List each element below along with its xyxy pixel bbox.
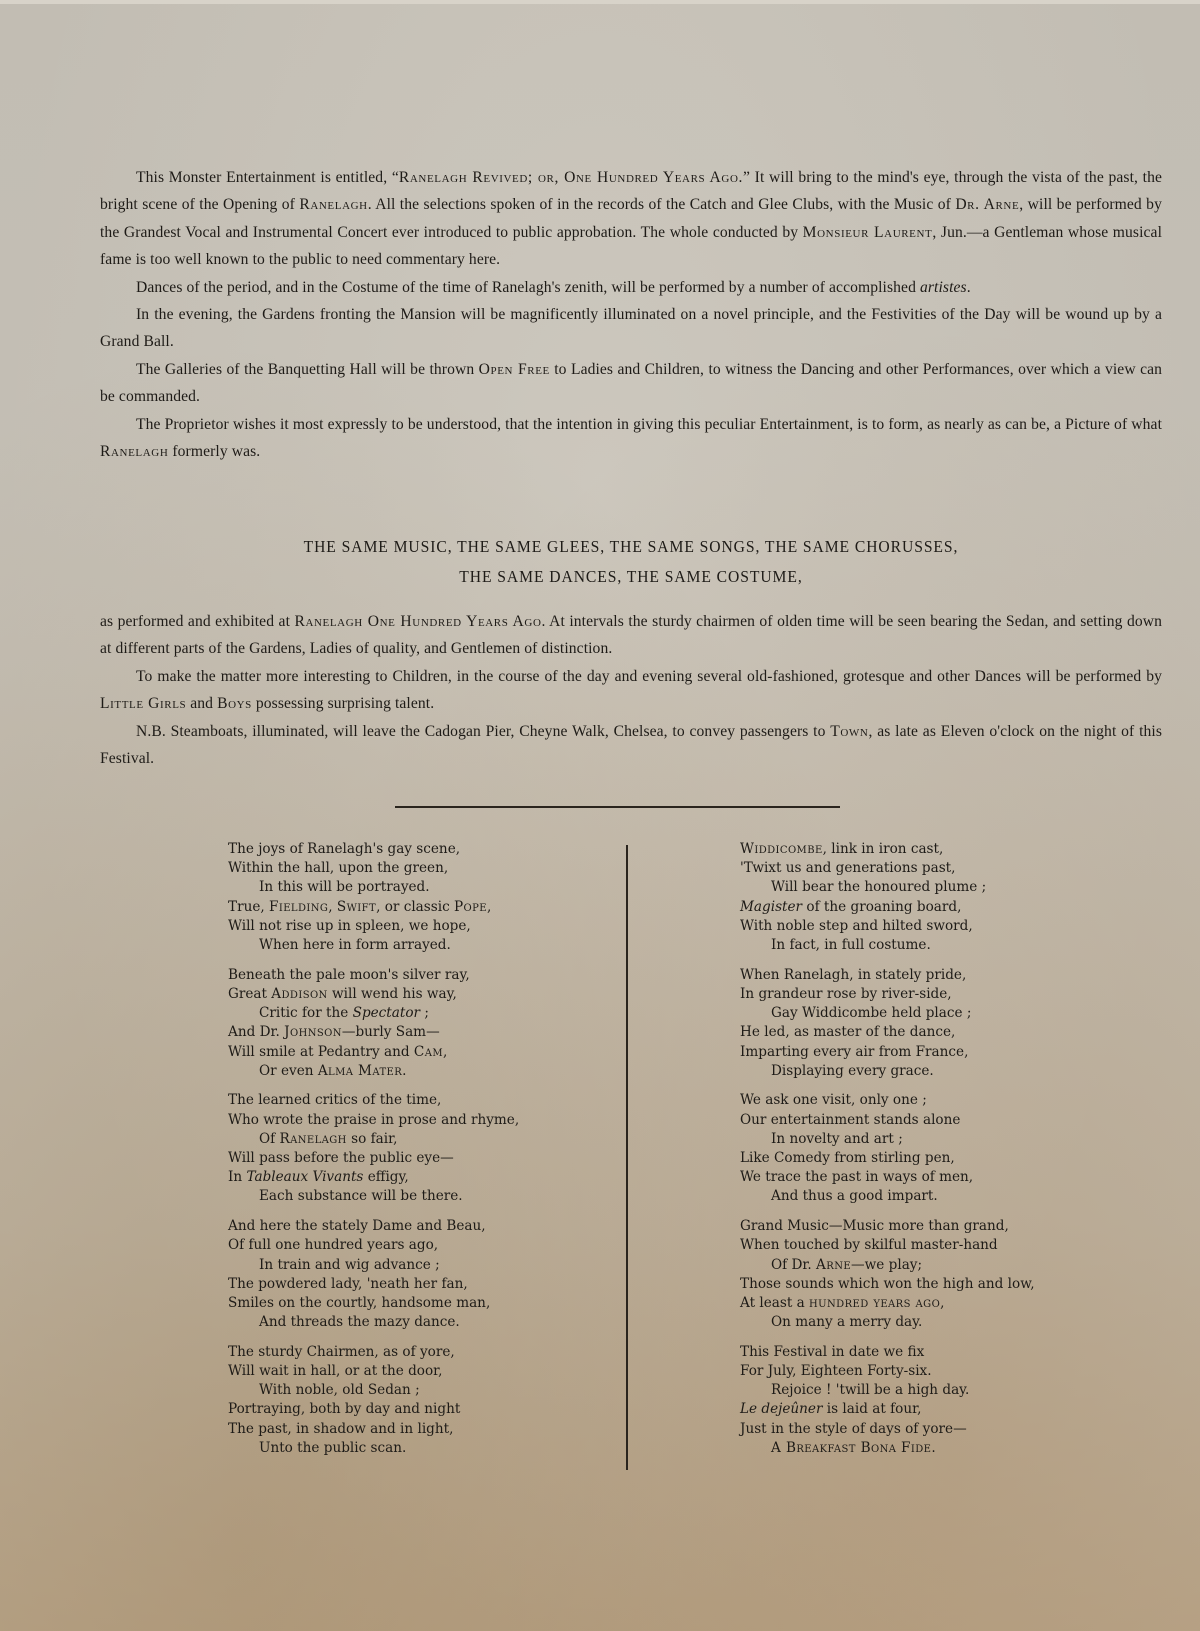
poem-line: 'Twixt us and generations past, [740,859,1100,878]
poem-line: In grandeur rose by river-side, [740,985,1100,1004]
text-run: Rejoice ! 'twill be a high day. [771,1382,969,1398]
poem-line: And here the stately Dame and Beau, [228,1217,588,1236]
text-run: In this will be portrayed. [259,879,430,895]
text-run: And Dr. [228,1024,284,1040]
text-run: Who wrote the praise in prose and rhyme, [228,1112,519,1128]
poem-line: Grand Music—Music more than grand, [740,1217,1100,1236]
paragraph: The Proprietor wishes it most expressly … [100,411,1162,466]
banner-line: THE SAME DANCES, THE SAME COSTUME, [142,562,1119,592]
italic-text: Magister [740,899,802,915]
small-caps-text: Little Girls [100,695,186,712]
text-run: At least a [740,1295,809,1311]
text-run: In grandeur rose by river-side, [740,986,952,1002]
text-run: When touched by skilful master-hand [740,1237,998,1253]
text-run: We ask one visit, only one ; [740,1092,927,1108]
text-run: Imparting every air from France, [740,1044,968,1060]
poem-line: Within the hall, upon the green, [228,859,588,878]
text-run: —we play; [851,1257,922,1273]
poem-line: The learned critics of the time, [228,1091,588,1110]
poem-line: When here in form arrayed. [228,936,588,955]
italic-text: Le dejeûner [740,1401,822,1417]
text-run: Like Comedy from stirling pen, [740,1150,955,1166]
text-run: , [487,899,491,915]
paragraph: Dances of the period, and in the Costume… [100,274,1162,301]
horizontal-rule [395,806,840,808]
poem-line: In novelty and art ; [740,1130,1100,1149]
text-run: Just in the style of days of yore— [740,1421,967,1437]
poem-stanza: The learned critics of the time,Who wrot… [228,1091,588,1206]
italic-text: artistes [920,279,967,296]
poem-line: The powdered lady, 'neath her fan, [228,1275,588,1294]
small-caps-text: Johnson [284,1024,342,1040]
small-caps-text: Widdicombe [740,841,823,857]
poem-line: Critic for the Spectator ; [228,1004,588,1023]
poem-line: Rejoice ! 'twill be a high day. [740,1381,1100,1400]
poem-line: With noble, old Sedan ; [228,1381,588,1400]
text-run: of the groaning board, [802,899,961,915]
text-run: . [967,279,971,296]
poem-line: Gay Widdicombe held place ; [740,1004,1100,1023]
poem-line: Will smile at Pedantry and Cam, [228,1043,588,1062]
text-run: is laid at four, [822,1401,921,1417]
poem-line: Just in the style of days of yore— [740,1420,1100,1439]
small-caps-text: Cam [414,1044,443,1060]
small-caps-text: Arne [816,1257,851,1273]
printed-broadside-page: This Monster Entertainment is entitled, … [0,0,1200,1631]
text-run: When here in form arrayed. [259,937,451,953]
text-run: In fact, in full costume. [771,937,931,953]
small-caps-text: Monsieur Laurent [803,224,933,241]
text-run: And threads the mazy dance. [259,1314,460,1330]
poem-line: At least a hundred years ago, [740,1294,1100,1313]
text-run: True, [228,899,269,915]
small-caps-text: Ranelagh [299,196,367,213]
text-run: On many a merry day. [771,1314,922,1330]
text-run: ; [420,1005,429,1021]
text-run: The past, in shadow and in light, [228,1421,453,1437]
text-run: effigy, [363,1169,408,1185]
text-run: In train and wig advance ; [259,1257,440,1273]
small-caps-text: Alma Mater [318,1063,402,1079]
poem-right-column: Widdicombe, link in iron cast,'Twixt us … [740,840,1100,1469]
text-run: He led, as master of the dance, [740,1024,955,1040]
text-run: Unto the public scan. [259,1440,406,1456]
text-run: In the evening, the Gardens fronting the… [100,306,1162,350]
poem-line: When Ranelagh, in stately pride, [740,966,1100,985]
text-run: When Ranelagh, in stately pride, [740,967,966,983]
closing-prose: as performed and exhibited at Ranelagh O… [100,608,1162,772]
poem-line: For July, Eighteen Forty-six. [740,1362,1100,1381]
poem-line: He led, as master of the dance, [740,1023,1100,1042]
small-caps-text: Ranelagh One Hundred Years Ago [294,613,541,630]
poem-line: And thus a good impart. [740,1187,1100,1206]
poem-line: Those sounds which won the high and low, [740,1275,1100,1294]
poem-line: Of full one hundred years ago, [228,1236,588,1255]
paper-top-edge [0,0,1200,4]
poem-line: Who wrote the praise in prose and rhyme, [228,1111,588,1130]
text-run: Will not rise up in spleen, we hope, [228,918,471,934]
same-music-banner: THE SAME MUSIC, THE SAME GLEES, THE SAME… [142,532,1119,592]
poem-line: Will not rise up in spleen, we hope, [228,917,588,936]
text-run: possessing surprising talent. [252,695,434,712]
text-run: The joys of Ranelagh's gay scene, [228,841,460,857]
text-run: —burly Sam— [342,1024,440,1040]
small-caps-text: Boys [217,695,252,712]
text-run: Will bear the honoured plume ; [771,879,986,895]
poem-line: Will wait in hall, or at the door, [228,1362,588,1381]
text-run: Grand Music—Music more than grand, [740,1218,1009,1234]
poem-line: Or even Alma Mater. [228,1062,588,1081]
poem-line: Great Addison will wend his way, [228,985,588,1004]
poem-line: In fact, in full costume. [740,936,1100,955]
text-run: And here the stately Dame and Beau, [228,1218,486,1234]
poem-line: In this will be portrayed. [228,878,588,897]
text-run: Displaying every grace. [771,1063,934,1079]
poem-line: Will bear the honoured plume ; [740,878,1100,897]
poem-line: Unto the public scan. [228,1439,588,1458]
poem-line: Smiles on the courtly, handsome man, [228,1294,588,1313]
poem-stanza: Grand Music—Music more than grand,When t… [740,1217,1100,1332]
italic-text: Tableaux Vivants [246,1169,363,1185]
poem-stanza: Widdicombe, link in iron cast,'Twixt us … [740,840,1100,955]
text-run: This Festival in date we fix [740,1344,924,1360]
small-caps-text: Ranelagh [100,443,168,460]
text-run: Or even [259,1063,318,1079]
text-run: Will wait in hall, or at the door, [228,1363,442,1379]
poem-line: This Festival in date we fix [740,1343,1100,1362]
poem-line: Imparting every air from France, [740,1043,1100,1062]
text-run: Great [228,986,271,1002]
small-caps-text: hundred years ago [809,1295,940,1311]
poem-line: Like Comedy from stirling pen, [740,1149,1100,1168]
poem-stanza: The joys of Ranelagh's gay scene,Within … [228,840,588,955]
text-run: and [186,695,217,712]
column-divider [626,845,628,1470]
poem-line: Magister of the groaning board, [740,898,1100,917]
poem-stanza: When Ranelagh, in stately pride,In grand… [740,966,1100,1081]
poem-stanza: This Festival in date we fixFor July, Ei… [740,1343,1100,1458]
poem-left-column: The joys of Ranelagh's gay scene,Within … [228,840,588,1469]
poem-line: Widdicombe, link in iron cast, [740,840,1100,859]
text-run: , [443,1044,447,1060]
small-caps-text: Ranelagh [280,1131,347,1147]
text-run: Of full one hundred years ago, [228,1237,438,1253]
poem-line: Beneath the pale moon's silver ray, [228,966,588,985]
poem-line: We ask one visit, only one ; [740,1091,1100,1110]
poem-line: Portraying, both by day and night [228,1400,588,1419]
text-run: With noble, old Sedan ; [259,1382,420,1398]
poem-line: The joys of Ranelagh's gay scene, [228,840,588,859]
poem-line: And Dr. Johnson—burly Sam— [228,1023,588,1042]
poem-line: With noble step and hilted sword, [740,917,1100,936]
text-run: . [402,1063,406,1079]
poem-line: Each substance will be there. [228,1187,588,1206]
text-run: For July, Eighteen Forty-six. [740,1363,932,1379]
text-run: N.B. Steamboats, illuminated, will leave… [136,723,830,740]
poem-line: True, Fielding, Swift, or classic Pope, [228,898,588,917]
text-run: The Galleries of the Banquetting Hall wi… [136,361,479,378]
text-run: Dances of the period, and in the Costume… [136,279,920,296]
small-caps-text: Open Free [479,361,550,378]
text-run: Beneath the pale moon's silver ray, [228,967,470,983]
italic-text: Spectator [353,1005,420,1021]
text-run: Within the hall, upon the green, [228,860,448,876]
text-run: Will pass before the public eye— [228,1150,454,1166]
poem-stanza: And here the stately Dame and Beau,Of fu… [228,1217,588,1332]
small-caps-text: Swift [337,899,376,915]
poem-stanza: The sturdy Chairmen, as of yore,Will wai… [228,1343,588,1458]
text-run: as performed and exhibited at [100,613,294,630]
poem-line: In train and wig advance ; [228,1256,588,1275]
text-run: so fair, [347,1131,398,1147]
poem-line: And threads the mazy dance. [228,1313,588,1332]
text-run: . [931,1440,935,1456]
paragraph: This Monster Entertainment is entitled, … [100,164,1162,274]
text-run: The Proprietor wishes it most expressly … [136,416,1162,433]
text-run: This Monster Entertainment is entitled, … [136,169,399,186]
text-run: We trace the past in ways of men, [740,1169,973,1185]
poem-line: The sturdy Chairmen, as of yore, [228,1343,588,1362]
text-run: Of [259,1131,280,1147]
text-run: Our entertainment stands alone [740,1112,960,1128]
text-run: To make the matter more interesting to C… [136,668,1162,685]
text-run: Portraying, both by day and night [228,1401,460,1417]
text-run: Each substance will be there. [259,1188,463,1204]
text-run: With noble step and hilted sword, [740,918,973,934]
text-run: 'Twixt us and generations past, [740,860,955,876]
text-run: formerly was. [168,443,260,460]
text-run: The learned critics of the time, [228,1092,441,1108]
text-run: . All the selections spoken of in the re… [368,196,956,213]
small-caps-text: Ranelagh Revived; or, One Hundred Years … [399,169,743,186]
text-run: And thus a good impart. [771,1188,938,1204]
text-run: , [940,1295,944,1311]
poem-stanza: Beneath the pale moon's silver ray,Great… [228,966,588,1081]
text-run: In [228,1169,246,1185]
text-run: The powdered lady, 'neath her fan, [228,1276,468,1292]
small-caps-text: Addison [271,986,327,1002]
text-run: Smiles on the courtly, handsome man, [228,1295,490,1311]
poem-line: Displaying every grace. [740,1062,1100,1081]
text-run: , [328,899,337,915]
text-run: , or classic [376,899,454,915]
text-run: Of Dr. [771,1257,816,1273]
intro-prose: This Monster Entertainment is entitled, … [100,164,1162,465]
banner-line: THE SAME MUSIC, THE SAME GLEES, THE SAME… [142,532,1119,562]
text-run: Gay Widdicombe held place ; [771,1005,971,1021]
poem-line: The past, in shadow and in light, [228,1420,588,1439]
poem-stanza: We ask one visit, only one ;Our entertai… [740,1091,1100,1206]
small-caps-text: Town [830,723,868,740]
small-caps-text: Pope [454,899,487,915]
poem-line: In Tableaux Vivants effigy, [228,1168,588,1187]
poem-line: On many a merry day. [740,1313,1100,1332]
poem-line: Our entertainment stands alone [740,1111,1100,1130]
poem-line: A Breakfast Bona Fide. [740,1439,1100,1458]
paragraph: To make the matter more interesting to C… [100,663,1162,718]
paragraph: In the evening, the Gardens fronting the… [100,301,1162,356]
paragraph: The Galleries of the Banquetting Hall wi… [100,356,1162,411]
small-caps-text: Dr. Arne [955,196,1019,213]
poem-line: We trace the past in ways of men, [740,1168,1100,1187]
text-run: Critic for the [259,1005,353,1021]
text-run: Those sounds which won the high and low, [740,1276,1035,1292]
text-run: will wend his way, [328,986,457,1002]
text-run: In novelty and art ; [771,1131,903,1147]
small-caps-text: Fielding [269,899,328,915]
poem-line: Of Ranelagh so fair, [228,1130,588,1149]
poem-line: When touched by skilful master-hand [740,1236,1100,1255]
text-run: Will smile at Pedantry and [228,1044,414,1060]
poem-line: Of Dr. Arne—we play; [740,1256,1100,1275]
text-run: , link in iron cast, [823,841,944,857]
poem-line: Le dejeûner is laid at four, [740,1400,1100,1419]
poem-line: Will pass before the public eye— [228,1149,588,1168]
small-caps-text: A Breakfast Bona Fide [771,1440,931,1456]
text-run: The sturdy Chairmen, as of yore, [228,1344,455,1360]
paragraph: as performed and exhibited at Ranelagh O… [100,608,1162,663]
paragraph: N.B. Steamboats, illuminated, will leave… [100,718,1162,773]
